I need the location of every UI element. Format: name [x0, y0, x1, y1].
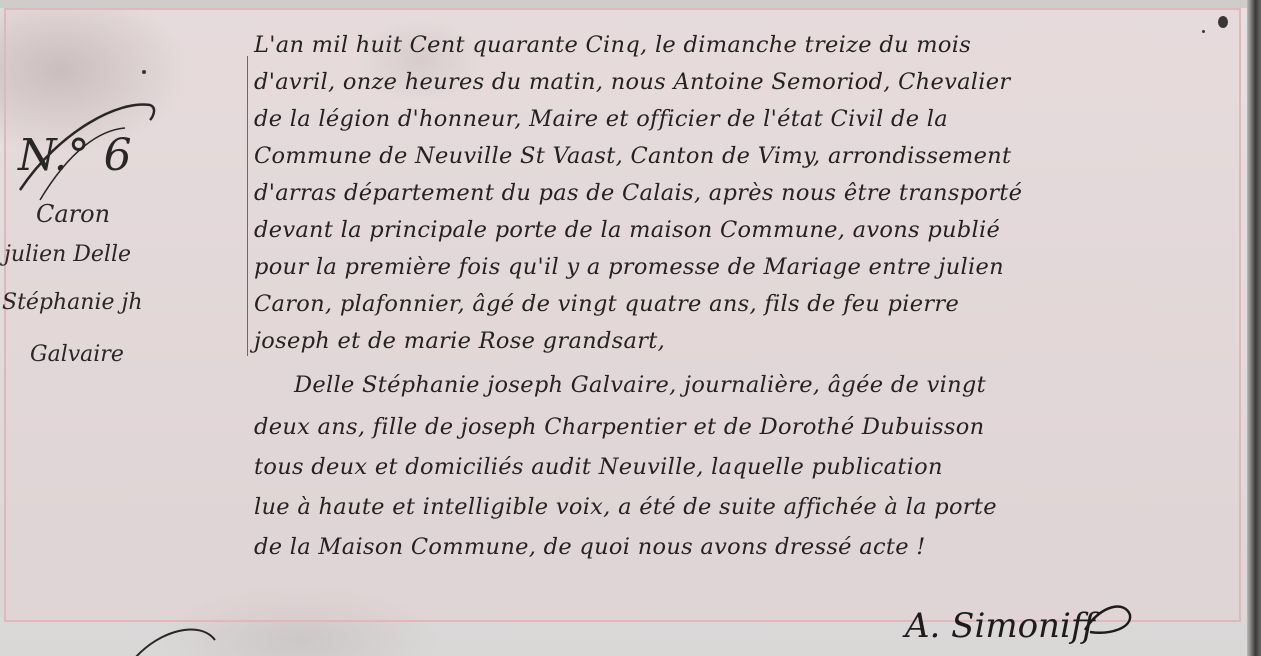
ink-blot — [1218, 16, 1228, 28]
body-line: d'arras département du pas de Calais, ap… — [254, 180, 1022, 216]
next-entry-flourish-icon — [130, 620, 250, 656]
body-line: de la Maison Commune, de quoi nous avons… — [254, 534, 926, 570]
margin-line-groom: julien Delle — [4, 242, 131, 267]
page-top-edge — [0, 0, 1261, 8]
body-line: devant la principale porte de la maison … — [254, 217, 1000, 253]
margin-line-bride-surname: Galvaire — [30, 342, 124, 367]
body-line: de la légion d'honneur, Maire et officie… — [254, 106, 948, 142]
body-line: L'an mil huit Cent quarante Cinq, le dim… — [254, 32, 971, 68]
margin-line-bride: Stéphanie jh — [2, 290, 143, 315]
body-line: pour la première fois qu'il y a promesse… — [254, 254, 1004, 290]
signature-paraph-icon — [1080, 600, 1140, 640]
body-line: deux ans, fille de joseph Charpentier et… — [254, 414, 984, 450]
body-line: joseph et de marie Rose grandsart, — [254, 328, 665, 364]
body-line: d'avril, onze heures du matin, nous Anto… — [254, 69, 1010, 105]
ink-speck — [142, 70, 146, 74]
ink-speck — [1202, 30, 1205, 33]
margin-note: N.° 6 Caron julien Delle Stéphanie jh Ga… — [0, 90, 240, 420]
body-line: lue à haute et intelligible voix, a été … — [254, 494, 997, 530]
mayor-signature: A. Simoniff — [905, 606, 1095, 646]
margin-line-surname: Caron — [36, 200, 110, 228]
entry-number: N.° 6 — [18, 130, 132, 181]
body-line: Caron, plafonnier, âgé de vingt quatre a… — [254, 291, 959, 327]
margin-rule — [247, 56, 248, 356]
page-binding-edge — [1247, 0, 1261, 656]
body-line: tous deux et domiciliés audit Neuville, … — [254, 454, 943, 490]
body-line: Commune de Neuville St Vaast, Canton de … — [254, 143, 1011, 179]
body-line: Delle Stéphanie joseph Galvaire, journal… — [294, 372, 986, 408]
